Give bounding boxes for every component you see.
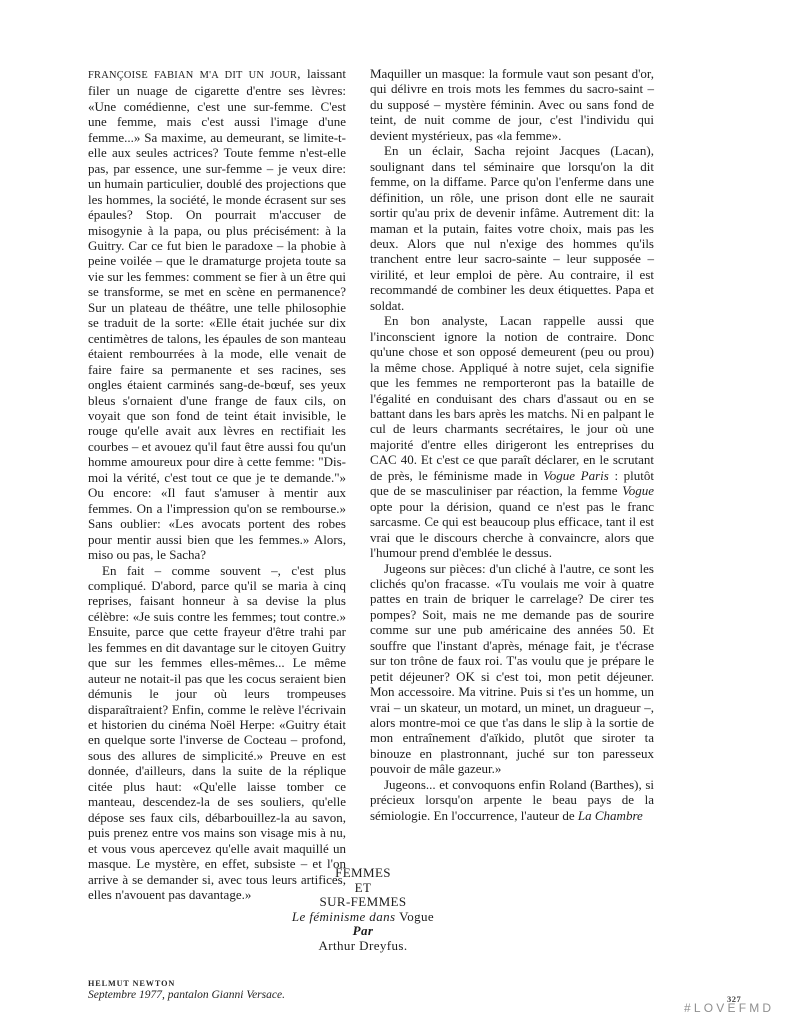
text-segment-normal: opte pour la dérision, quand ce n'est pa… <box>370 499 654 560</box>
article-right-column: Maquiller un masque: la formule vaut son… <box>370 66 654 823</box>
text-segment-italic: Vogue <box>622 483 654 498</box>
article-left-column: FRANÇOISE FABIAN M'A DIT UN JOUR, laissa… <box>88 66 346 902</box>
text-segment-normal: , laissant filer un nuage de cigarette d… <box>88 66 346 562</box>
text-segment-normal: Jugeons sur pièces: d'un cliché à l'autr… <box>370 561 654 777</box>
text-segment-bold-italic: Par <box>353 923 374 938</box>
photo-caption: Septembre 1977, pantalon Gianni Versace. <box>88 989 285 1001</box>
title-line: Arthur Dreyfus. <box>213 939 513 954</box>
magazine-page: FRANÇOISE FABIAN M'A DIT UN JOUR, laissa… <box>0 0 798 1034</box>
paragraph: En un éclair, Sacha rejoint Jacques (Lac… <box>370 143 654 313</box>
text-segment-italic: La Chambre <box>578 808 643 823</box>
paragraph: En bon analyste, Lacan rappelle aussi qu… <box>370 313 654 560</box>
paragraph: Jugeons sur pièces: d'un cliché à l'autr… <box>370 561 654 777</box>
text-segment-normal: En bon analyste, Lacan rappelle aussi qu… <box>370 313 654 483</box>
text-segment-roman: Vogue <box>399 909 434 924</box>
paragraph: FRANÇOISE FABIAN M'A DIT UN JOUR, laissa… <box>88 66 346 563</box>
text-segment-roman: FEMMES <box>335 865 391 880</box>
text-segment-normal: En fait – comme souvent –, c'est plus co… <box>88 563 346 903</box>
paragraph: En fait – comme souvent –, c'est plus co… <box>88 563 346 903</box>
photographer-name: HELMUT NEWTON <box>88 979 285 988</box>
title-line: ET <box>213 881 513 896</box>
text-segment-italic: Vogue Paris <box>543 468 609 483</box>
text-segment-roman: Arthur Dreyfus. <box>318 938 407 953</box>
text-segment-roman: SUR-FEMMES <box>319 894 406 909</box>
text-segment-normal: En un éclair, Sacha rejoint Jacques (Lac… <box>370 143 654 313</box>
article-title-block: FEMMESETSUR-FEMMESLe féminisme dans Vogu… <box>213 866 513 954</box>
title-line: Par <box>213 924 513 939</box>
text-segment-italic: Le féminisme dans <box>292 909 399 924</box>
text-segment-smallcaps: FRANÇOISE FABIAN M'A DIT UN JOUR <box>88 70 297 81</box>
text-segment-roman: ET <box>355 880 372 895</box>
title-line: FEMMES <box>213 866 513 881</box>
paragraph: Jugeons... et convoquons enfin Roland (B… <box>370 777 654 823</box>
watermark-text: #LOVEFMD <box>684 1001 774 1015</box>
photo-credit: HELMUT NEWTON Septembre 1977, pantalon G… <box>88 979 285 1001</box>
paragraph: Maquiller un masque: la formule vaut son… <box>370 66 654 143</box>
title-line: Le féminisme dans Vogue <box>213 910 513 925</box>
title-line: SUR-FEMMES <box>213 895 513 910</box>
text-segment-normal: Maquiller un masque: la formule vaut son… <box>370 66 654 143</box>
